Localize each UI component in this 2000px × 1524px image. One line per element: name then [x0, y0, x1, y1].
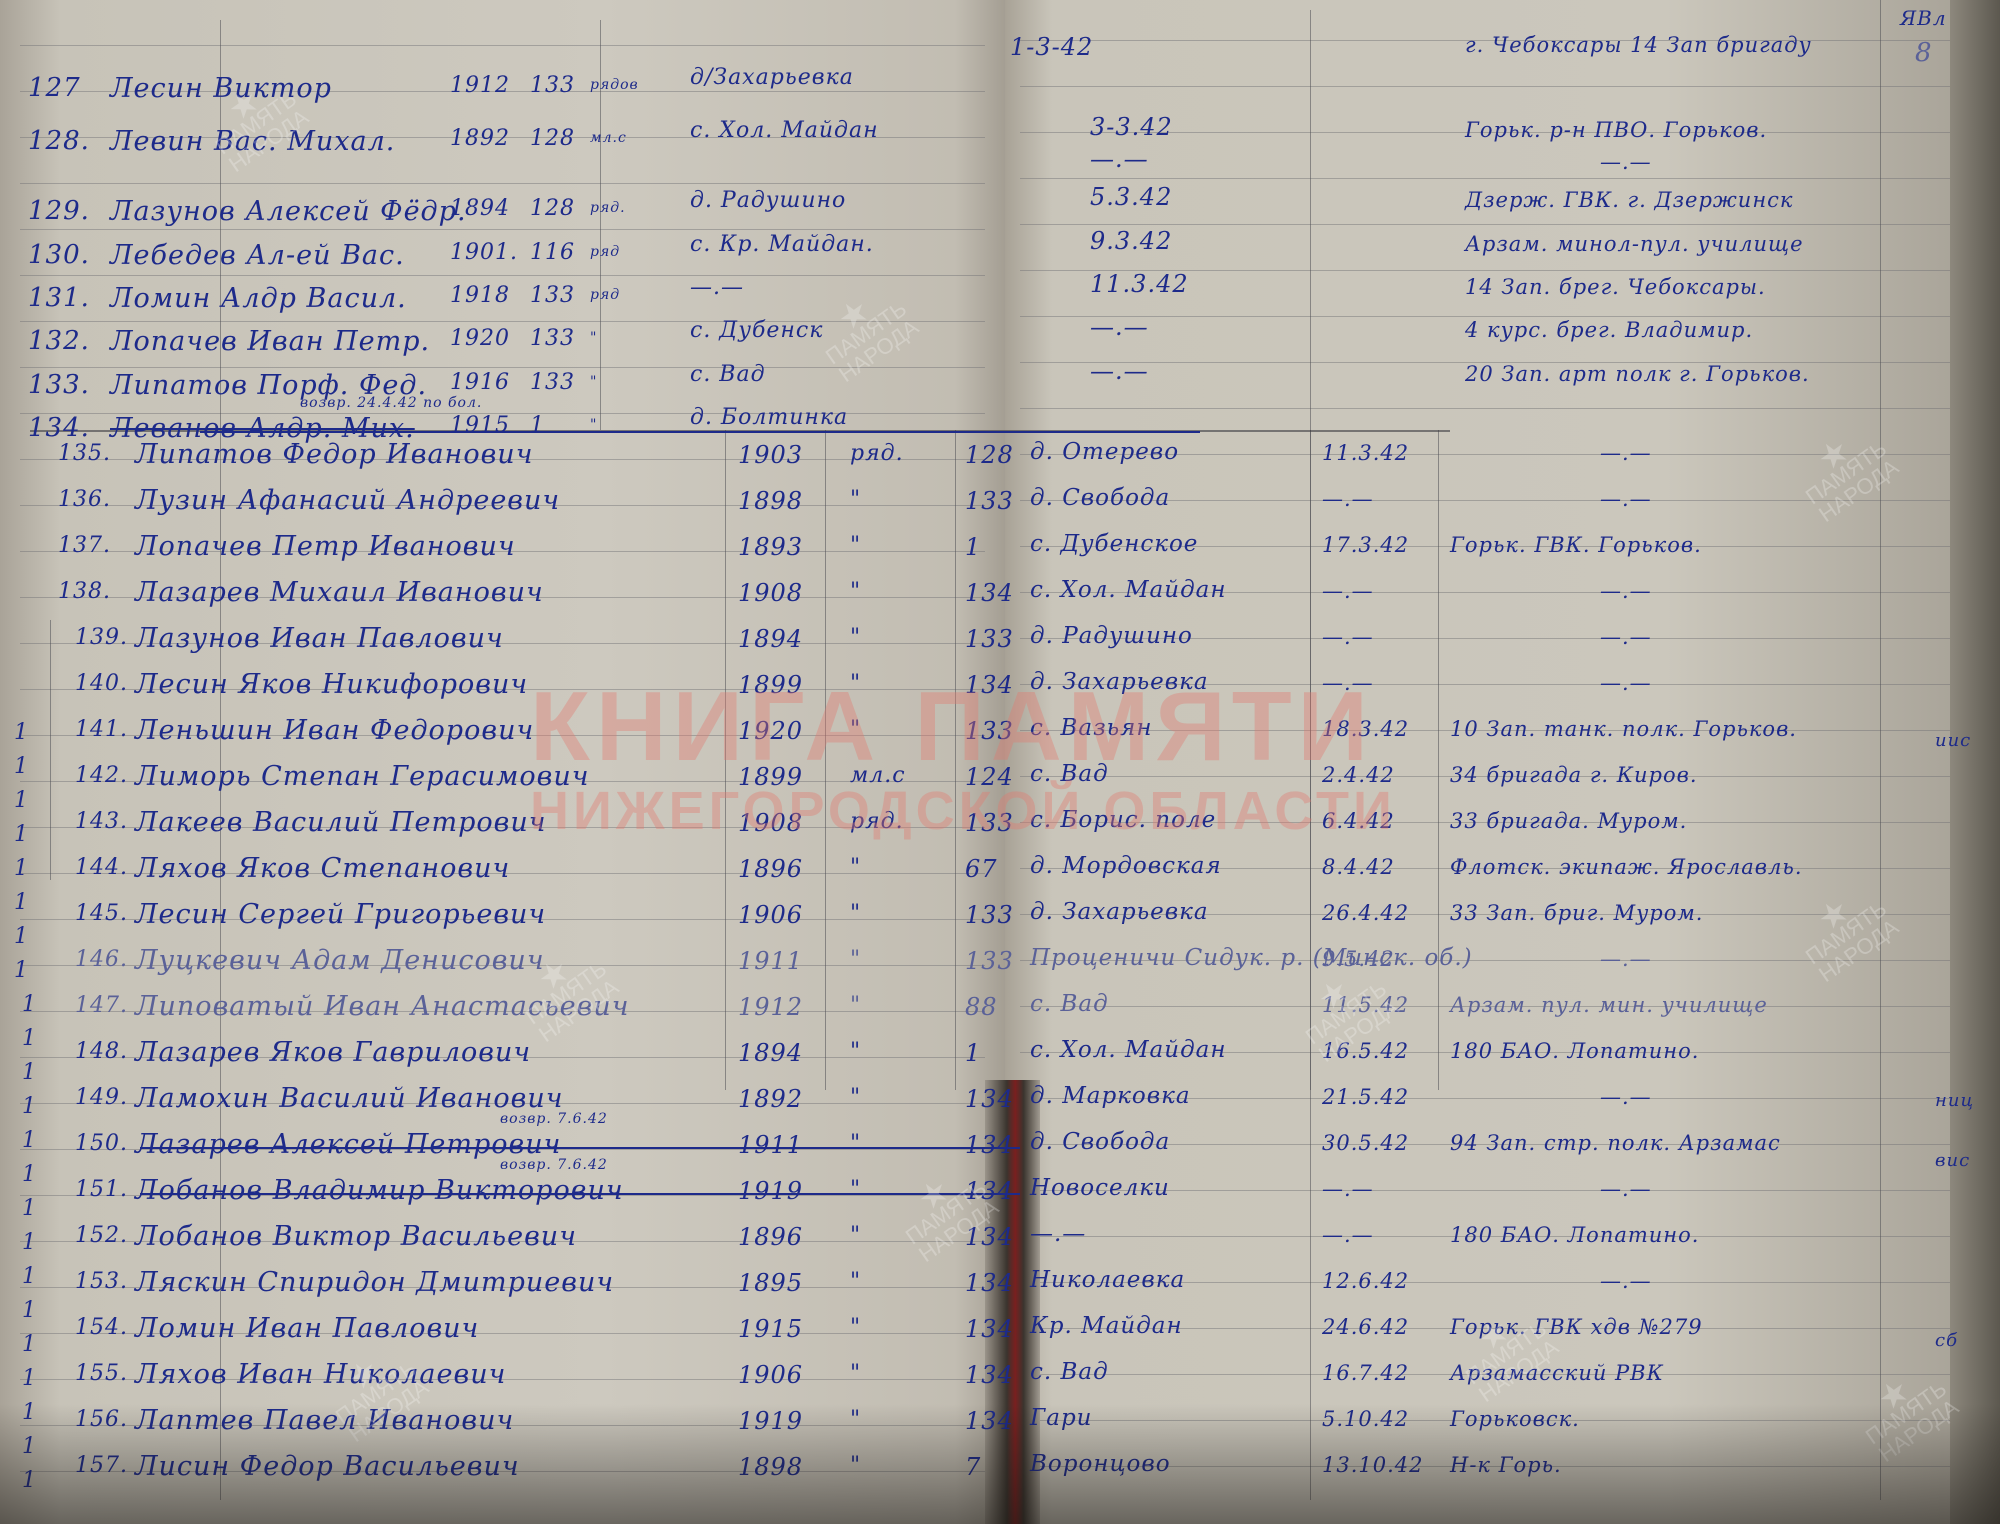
birth-year: 1915: [450, 413, 510, 438]
unit-number: 128: [965, 441, 1014, 469]
entry-number: 139.: [75, 625, 128, 650]
entry-number: 144.: [75, 855, 128, 880]
ruled-line: [1020, 408, 1950, 409]
dispatch-date: 11.3.42: [1090, 270, 1189, 298]
rank-status: ряд.: [850, 441, 904, 466]
tally-mark: 1: [14, 958, 29, 983]
destination: —.—: [1600, 441, 1652, 465]
birth-year: 1919: [738, 1177, 803, 1205]
unit-number: 134: [965, 1407, 1014, 1435]
rank-status: ряд: [590, 287, 620, 303]
person-name: Лазарев Яков Гаврилович: [135, 1037, 531, 1068]
entry-number: 128.: [28, 126, 90, 156]
rank-status: ": [850, 1315, 861, 1340]
place-name: Новоселки: [1030, 1175, 1170, 1201]
strike-through: [200, 431, 1200, 433]
destination: —.—: [1600, 625, 1652, 649]
dispatch-date: 30.5.42: [1322, 1131, 1409, 1155]
destination: —.—: [1600, 1085, 1652, 1109]
rank-status: ": [590, 330, 597, 346]
person-name: Лисин Федор Васильевич: [135, 1451, 520, 1482]
entry-number: 150.: [75, 1131, 128, 1156]
place-name: с. Хол. Майдан: [690, 118, 879, 143]
birth-year: 1898: [738, 487, 803, 515]
dispatch-date: —.—: [1322, 1223, 1374, 1247]
entry-number: 135.: [58, 441, 111, 466]
entry-number: 148.: [75, 1039, 128, 1064]
person-name: Лузин Афанасий Андреевич: [135, 485, 560, 516]
rank-status: ": [850, 855, 861, 880]
entry-number: 133.: [28, 370, 90, 400]
dispatch-date: 26.4.42: [1322, 901, 1409, 925]
entry-number: 141.: [75, 717, 128, 742]
birth-year: 1920: [450, 326, 510, 351]
destination: 34 бригада г. Киров.: [1450, 763, 1698, 787]
person-name: Лопачев Иван Петр.: [110, 326, 430, 357]
birth-year: 1894: [738, 625, 803, 653]
destination: Флотск. экипаж. Ярославль.: [1450, 855, 1803, 879]
person-name: Леньшин Иван Федорович: [135, 715, 534, 746]
destination: —.—: [1600, 1177, 1652, 1201]
ruled-line: [20, 183, 985, 184]
person-name: Ляскин Спиридон Дмитриевич: [135, 1267, 614, 1298]
entry-number: 155.: [75, 1361, 128, 1386]
tally-mark: 1: [22, 1196, 37, 1221]
destination: 20 Зап. арт полк г. Горьков.: [1465, 362, 1810, 386]
entry-number: 130.: [28, 240, 90, 270]
unit-number: 134: [965, 1269, 1014, 1297]
unit-number: 128: [530, 126, 575, 151]
dispatch-date: 16.7.42: [1322, 1361, 1409, 1385]
place-name: Николаевка: [1030, 1267, 1185, 1293]
tally-mark: 1: [14, 856, 29, 881]
entry-number: 131.: [28, 283, 90, 313]
place-name: д. Свобода: [1030, 1129, 1170, 1155]
tally-mark: 1: [22, 1400, 37, 1425]
person-name: Ломин Иван Павлович: [135, 1313, 479, 1344]
unit-number: 67: [965, 855, 998, 883]
birth-year: 1908: [738, 579, 803, 607]
column-rule: [1880, 0, 1881, 1500]
rank-status: ": [590, 374, 597, 390]
place-name: с. Кр. Майдан.: [690, 232, 874, 257]
entry-number: 129.: [28, 196, 90, 226]
entry-number: 146.: [75, 947, 128, 972]
rank-status: ": [850, 1361, 861, 1386]
rank-status: ": [850, 1085, 861, 1110]
destination: 94 Зап. стр. полк. Арзамас: [1450, 1131, 1781, 1155]
page-edge-shadow: [1950, 0, 2000, 1524]
destination: 180 БАО. Лопатино.: [1450, 1223, 1699, 1247]
corner-mark: ЯВл: [1900, 6, 1947, 30]
watermark-subtitle: НИЖЕГОРОДСКОЙ ОБЛАСТИ: [530, 780, 1396, 842]
dispatch-date: 5.3.42: [1090, 183, 1172, 211]
place-name: с. Хол. Майдан: [1030, 1037, 1227, 1063]
unit-number: 133: [965, 625, 1014, 653]
entry-number: 145.: [75, 901, 128, 926]
destination: —.—: [1600, 671, 1652, 695]
tally-mark: 1: [14, 890, 29, 915]
unit-number: 134: [965, 1085, 1014, 1113]
tally-mark: 1: [14, 924, 29, 949]
rank-status: ": [850, 947, 861, 972]
birth-year: 1912: [738, 993, 803, 1021]
birth-year: 1896: [738, 855, 803, 883]
rank-status: мл.с: [590, 130, 627, 146]
tally-mark: 1: [22, 1128, 37, 1153]
destination: Горьк. р-н ПВО. Горьков.: [1465, 118, 1767, 142]
person-name: Луцкевич Адам Денисович: [135, 945, 545, 976]
destination: 33 бригада. Муром.: [1450, 809, 1687, 833]
birth-year: 1892: [450, 126, 510, 151]
unit-number: 134: [965, 1315, 1014, 1343]
rank-status: ": [850, 993, 861, 1018]
place-name: с. Хол. Майдан: [1030, 577, 1227, 603]
tally-mark: 1: [14, 822, 29, 847]
entry-number: 156.: [75, 1407, 128, 1432]
person-name: Лазарев Алексей Петрович: [135, 1129, 561, 1160]
birth-year: 1892: [738, 1085, 803, 1113]
rank-status: ": [850, 487, 861, 512]
rank-status: ": [850, 1407, 861, 1432]
strike-through: [140, 1147, 1020, 1149]
dispatch-date: 12.6.42: [1322, 1269, 1409, 1293]
destination: 10 Зап. танк. полк. Горьков.: [1450, 717, 1797, 741]
tally-mark: 1: [22, 1366, 37, 1391]
unit-number: 7: [965, 1453, 981, 1481]
ruled-line: [1020, 178, 1950, 179]
dispatch-date: —.—: [1090, 357, 1149, 385]
dispatch-date: 13.10.42: [1322, 1453, 1424, 1477]
destination: Горьк. ГВК. Горьков.: [1450, 533, 1702, 557]
person-name: Лобанов Владимир Викторович: [135, 1175, 624, 1206]
person-name: Ляхов Иван Николаевич: [135, 1359, 506, 1390]
rank-status: ряд.: [590, 200, 626, 216]
unit-number: 1: [530, 413, 545, 438]
birth-year: 1915: [738, 1315, 803, 1343]
destination: 14 Зап. брег. Чебоксары.: [1465, 275, 1766, 299]
tally-mark: 1: [22, 992, 37, 1017]
dispatch-date: 9.3.42: [1090, 227, 1172, 255]
person-name: Лиморь Степан Герасимович: [135, 761, 590, 792]
destination: 33 Зап. бриг. Муром.: [1450, 901, 1703, 925]
entry-number: 151.: [75, 1177, 128, 1202]
place-name: д. Отерево: [1030, 439, 1179, 465]
ruled-line: [1020, 224, 1950, 225]
entry-number: 143.: [75, 809, 128, 834]
entry-number: 127: [28, 73, 81, 103]
birth-year: 1893: [738, 533, 803, 561]
person-name: Лесин Сергей Григорьевич: [135, 899, 546, 930]
dispatch-date: —.—: [1322, 1177, 1374, 1201]
entry-number: 152.: [75, 1223, 128, 1248]
unit-number: 133: [965, 487, 1014, 515]
tally-mark: 1: [14, 788, 29, 813]
place-name: с. Дубенское: [1030, 531, 1198, 557]
person-name: Лобанов Виктор Васильевич: [135, 1221, 577, 1252]
place-name: Кр. Майдан: [1030, 1313, 1183, 1339]
rank-status: ": [850, 625, 861, 650]
birth-year: 1894: [738, 1039, 803, 1067]
ruled-line: [20, 229, 985, 230]
person-name: Лазунов Алексей Фёдр.: [110, 196, 467, 227]
birth-year: 1912: [450, 73, 510, 98]
dispatch-date: 8.4.42: [1322, 855, 1395, 879]
place-name: д. Захарьевка: [1030, 899, 1209, 925]
destination: —.—: [1600, 150, 1652, 174]
place-name: с. Дубенск: [690, 318, 823, 343]
destination: Арзам. пул. мин. училище: [1450, 993, 1768, 1017]
person-name: Липатов Федор Иванович: [135, 439, 533, 470]
place-name: д. Марковка: [1030, 1083, 1191, 1109]
destination: 4 курс. брег. Владимир.: [1465, 318, 1753, 342]
person-name: Лазунов Иван Павлович: [135, 623, 504, 654]
unit-number: 133: [530, 283, 575, 308]
entry-number: 137.: [58, 533, 111, 558]
place-name: д. Болтинка: [690, 405, 848, 430]
entry-number: 138.: [58, 579, 111, 604]
dispatch-date: —.—: [1322, 487, 1374, 511]
entry-number: 154.: [75, 1315, 128, 1340]
tally-mark: 1: [22, 1468, 37, 1493]
tally-mark: 1: [22, 1162, 37, 1187]
dispatch-date: —.—: [1322, 579, 1374, 603]
place-name: д. Мордовская: [1030, 853, 1222, 879]
unit-number: 134: [965, 1131, 1014, 1159]
rank-status: ": [850, 901, 861, 926]
dispatch-date: 17.3.42: [1322, 533, 1409, 557]
place-name: с. Вад: [1030, 991, 1109, 1017]
destination: Н-к Горь.: [1450, 1453, 1562, 1477]
margin-fragment: сб: [1935, 1330, 1958, 1351]
unit-number: 1: [965, 1039, 981, 1067]
tally-mark: 1: [22, 1230, 37, 1255]
margin-fragment: ниц: [1935, 1090, 1974, 1111]
unit-number: 133: [530, 370, 575, 395]
place-name: с. Вад: [690, 362, 766, 387]
dispatch-date: —.—: [1090, 145, 1149, 173]
unit-number: 116: [530, 240, 575, 265]
strike-through: [140, 1193, 1020, 1195]
tally-mark: 1: [22, 1264, 37, 1289]
birth-year: 1895: [738, 1269, 803, 1297]
birth-year: 1919: [738, 1407, 803, 1435]
birth-year: 1911: [738, 1131, 803, 1159]
entry-number: 134.: [28, 413, 90, 443]
dispatch-date: 3-3.42: [1090, 113, 1173, 141]
destination: —.—: [1600, 1269, 1652, 1293]
ledger-spread: 127Лесин Виктор1912133рядовд/Захарьевка1…: [0, 0, 2000, 1524]
margin-fragment: иис: [1935, 730, 1971, 751]
place-name: Гари: [1030, 1405, 1092, 1431]
tally-mark: 1: [22, 1434, 37, 1459]
tally-mark: 1: [22, 1298, 37, 1323]
unit-number: 128: [530, 196, 575, 221]
return-note: возвр. 7.6.42: [500, 1157, 608, 1173]
birth-year: 1906: [738, 1361, 803, 1389]
birth-year: 1894: [450, 196, 510, 221]
entry-number: 149.: [75, 1085, 128, 1110]
person-name: Лопачев Петр Иванович: [135, 531, 516, 562]
person-name: Лебедев Ал-ей Вас.: [110, 240, 405, 271]
destination: —.—: [1600, 579, 1652, 603]
person-name: Лесин Яков Никифорович: [135, 669, 528, 700]
tally-mark: 1: [14, 754, 29, 779]
rank-status: ": [850, 1453, 861, 1478]
entry-number: 157.: [75, 1453, 128, 1478]
place-name: д. Радушино: [690, 188, 846, 213]
rank-status: ": [850, 1269, 861, 1294]
place-name: д. Свобода: [1030, 485, 1170, 511]
entry-number: 147.: [75, 993, 128, 1018]
unit-number: 133: [530, 326, 575, 351]
destination: —.—: [1600, 487, 1652, 511]
dispatch-date: 1-3-42: [1010, 33, 1093, 61]
dispatch-date: 5.10.42: [1322, 1407, 1409, 1431]
dispatch-date: —.—: [1322, 625, 1374, 649]
birth-year: 1901.: [450, 240, 518, 265]
ruled-line: [20, 275, 985, 276]
birth-year: 1903: [738, 441, 803, 469]
birth-year: 1906: [738, 901, 803, 929]
watermark-title: КНИГА ПАМЯТИ: [530, 670, 1374, 783]
dispatch-date: 24.6.42: [1322, 1315, 1409, 1339]
place-name: с. Вад: [1030, 1359, 1109, 1385]
tally-mark: 1: [22, 1060, 37, 1085]
dispatch-date: 21.5.42: [1322, 1085, 1409, 1109]
place-name: д. Радушино: [1030, 623, 1193, 649]
dispatch-date: —.—: [1090, 313, 1149, 341]
ruled-line: [1020, 86, 1950, 87]
rank-status: ": [850, 1131, 861, 1156]
return-note: возвр. 24.4.42 по бол.: [300, 395, 482, 411]
column-rule: [1438, 430, 1439, 1090]
destination: Арзам. минол-пул. училище: [1465, 232, 1804, 256]
tally-mark: 1: [22, 1094, 37, 1119]
person-name: Ломин Алдр Васил.: [110, 283, 407, 314]
entry-number: 142.: [75, 763, 128, 788]
destination: 180 БАО. Лопатино.: [1450, 1039, 1699, 1063]
rank-status: ": [850, 1039, 861, 1064]
destination: Дзерж. ГВК. г. Дзержинск: [1465, 188, 1793, 212]
destination: —.—: [1600, 947, 1652, 971]
entry-number: 136.: [58, 487, 111, 512]
rank-status: ": [850, 533, 861, 558]
column-rule: [50, 620, 51, 880]
birth-year: 1918: [450, 283, 510, 308]
entry-number: 132.: [28, 326, 90, 356]
person-name: Ламохин Василий Иванович: [135, 1083, 564, 1114]
unit-number: 134: [965, 1361, 1014, 1389]
rank-status: ": [850, 579, 861, 604]
birth-year: 1896: [738, 1223, 803, 1251]
rank-status: ": [850, 1223, 861, 1248]
tally-mark: 1: [22, 1026, 37, 1051]
unit-number: 133: [965, 947, 1014, 975]
person-name: Лакеев Василий Петрович: [135, 807, 547, 838]
margin-mark: 8: [1915, 38, 1933, 68]
birth-year: 1916: [450, 370, 510, 395]
place-name: —.—: [1030, 1221, 1086, 1247]
place-name: —.—: [690, 275, 744, 300]
tally-mark: 1: [22, 1332, 37, 1357]
place-name: Проценичи Сидук. р. (Минск. об.): [1030, 945, 1473, 971]
return-note: возвр. 7.6.42: [500, 1111, 608, 1127]
rank-status: ряд: [590, 244, 620, 260]
place-name: Воронцово: [1030, 1451, 1171, 1477]
unit-number: 1: [965, 533, 981, 561]
person-name: Лазарев Михаил Иванович: [135, 577, 544, 608]
rank-status: рядов: [590, 77, 639, 93]
unit-number: 133: [530, 73, 575, 98]
dispatch-date: 11.3.42: [1322, 441, 1409, 465]
person-name: Лаптев Павел Иванович: [135, 1405, 514, 1436]
rank-status: ": [850, 1177, 861, 1202]
margin-fragment: вис: [1935, 1150, 1970, 1171]
destination: Горьковск.: [1450, 1407, 1580, 1431]
entry-number: 140.: [75, 671, 128, 696]
birth-year: 1911: [738, 947, 803, 975]
unit-number: 88: [965, 993, 998, 1021]
unit-number: 133: [965, 901, 1014, 929]
tally-mark: 1: [14, 720, 29, 745]
person-name: Ляхов Яков Степанович: [135, 853, 510, 884]
birth-year: 1898: [738, 1453, 803, 1481]
destination: г. Чебоксары 14 Зап бригаду: [1465, 33, 1812, 57]
ruled-line: [20, 45, 985, 46]
entry-number: 153.: [75, 1269, 128, 1294]
ruled-line: [1020, 316, 1950, 317]
place-name: д/Захарьевка: [690, 65, 854, 90]
unit-number: 134: [965, 579, 1014, 607]
